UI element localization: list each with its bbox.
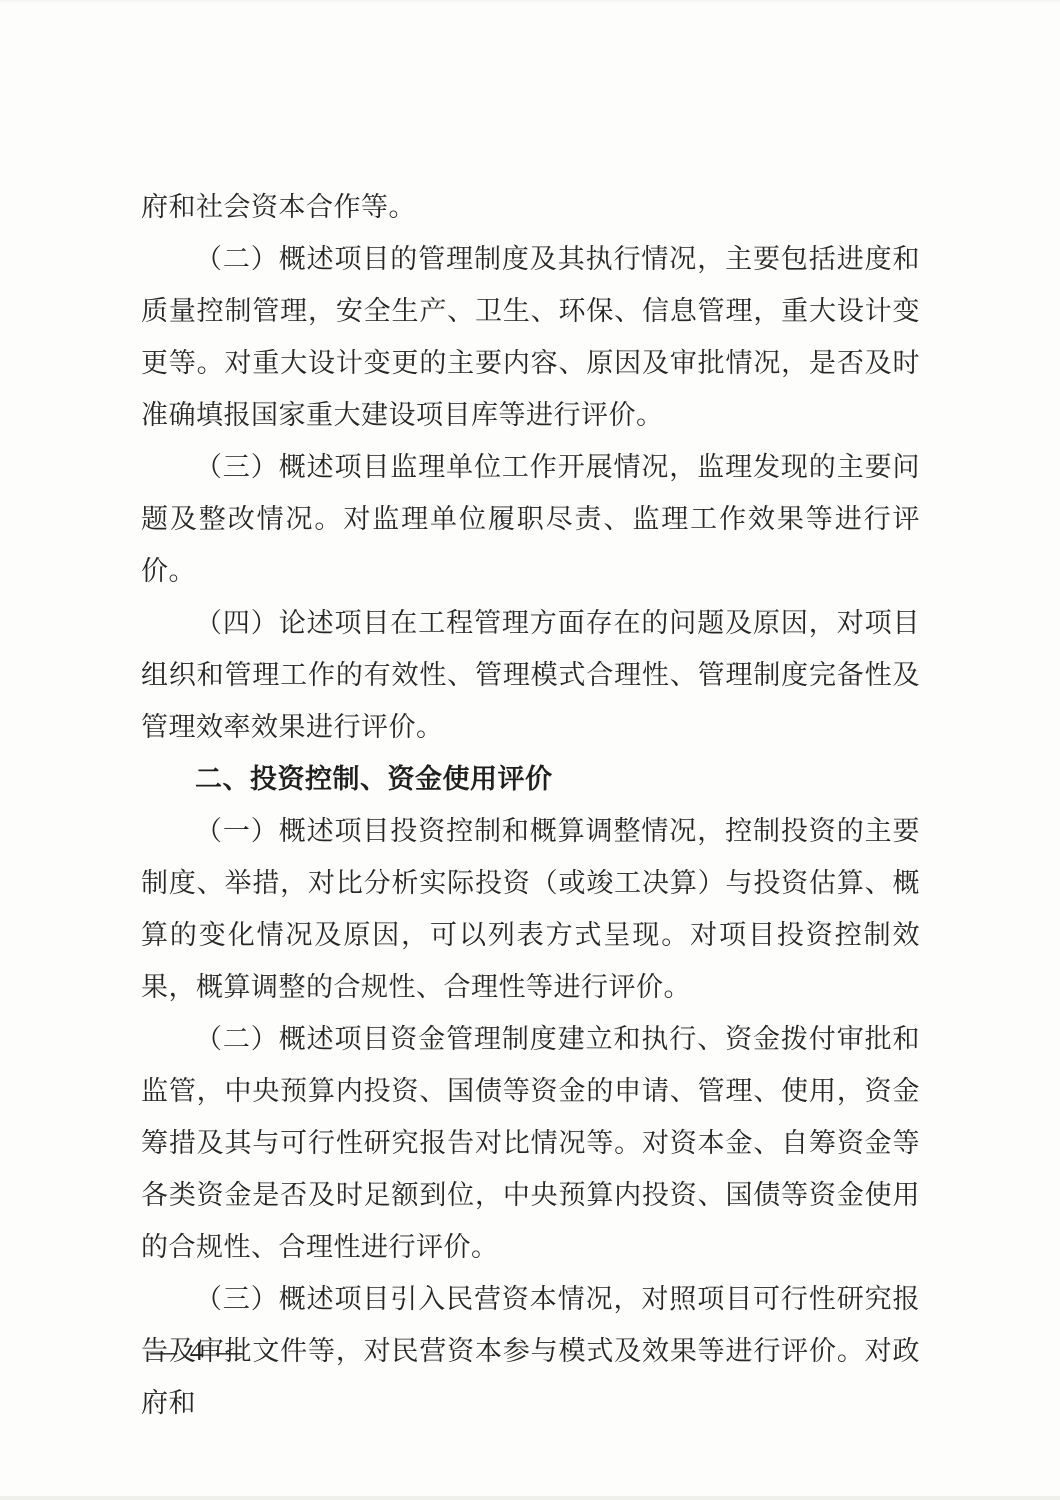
paragraph-item-3-supervision: （三）概述项目监理单位工作开展情况，监理发现的主要问题及整改情况。对监理单位履职…: [141, 441, 920, 597]
paragraph-item-4-engineering-management: （四）论述项目在工程管理方面存在的问题及原因，对项目组织和管理工作的有效性、管理…: [141, 597, 920, 753]
paragraph-item-1-investment-control: （一）概述项目投资控制和概算调整情况，控制投资的主要制度、举措，对比分析实际投资…: [141, 805, 920, 1013]
paragraph-item-2-fund-management: （二）概述项目资金管理制度建立和执行、资金拨付审批和监管，中央预算内投资、国债等…: [141, 1013, 920, 1273]
paragraph-item-2-quality-management: （二）概述项目的管理制度及其执行情况，主要包括进度和质量控制管理，安全生产、卫生…: [141, 233, 920, 441]
page-number: — 4 —: [150, 1331, 246, 1371]
document-page: 府和社会资本合作等。 （二）概述项目的管理制度及其执行情况，主要包括进度和质量控…: [0, 0, 1060, 1500]
paragraph-item-3-private-capital: （三）概述项目引入民营资本情况，对照项目可行性研究报告及审批文件等，对民营资本参…: [141, 1273, 920, 1429]
scan-edge-bottom: [0, 1496, 1060, 1500]
section-heading-investment-control: 二、投资控制、资金使用评价: [141, 753, 920, 805]
paragraph-continuation: 府和社会资本合作等。: [141, 181, 920, 233]
scan-edge-top: [0, 0, 1060, 2]
document-body: 府和社会资本合作等。 （二）概述项目的管理制度及其执行情况，主要包括进度和质量控…: [141, 181, 920, 1429]
